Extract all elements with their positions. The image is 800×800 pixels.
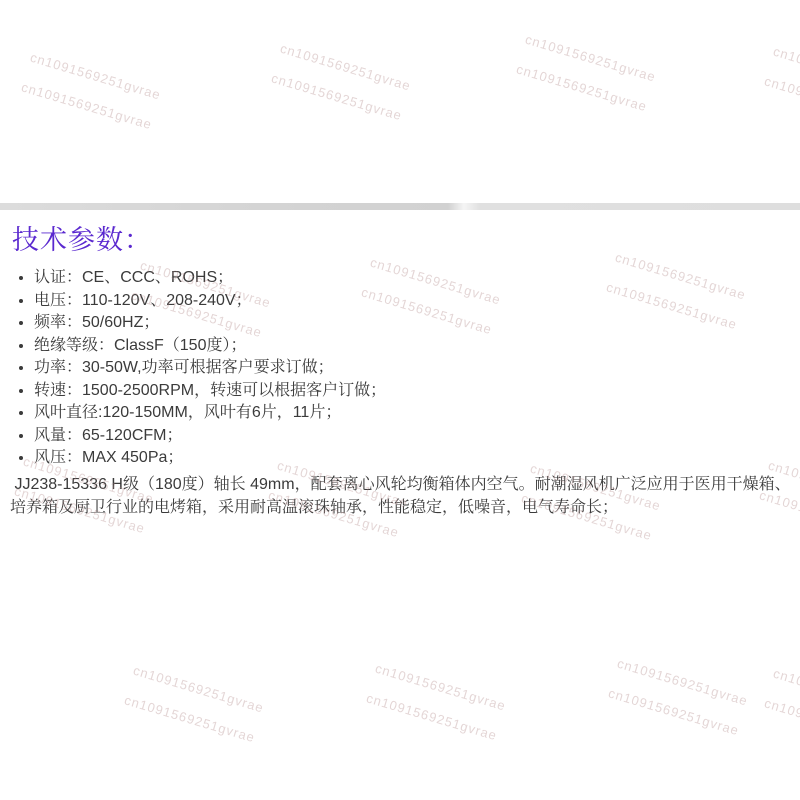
spec-item-power: 功率：30-50W,功率可根据客户要求订做； (10, 357, 790, 380)
watermark-text: cn1091569251gvrae cn1091569251gvrae (760, 658, 800, 756)
product-description: JJ238-15336 H级（180度）轴长 49mm，配套离心风轮均衡箱体内空… (10, 474, 795, 519)
spec-item-airflow: 风量：65-120CFM； (10, 425, 790, 448)
spec-item-pressure: 风压：MAX 450Pa； (10, 447, 790, 470)
spec-item-blade: 风叶直径:120-150MM，风叶有6片，11片； (10, 402, 790, 425)
watermark-text: cn1091569251gvrae cn1091569251gvrae (604, 648, 752, 746)
spec-list: 认证：CE、CCC、ROHS； 电压：110-120V、208-240V； 频率… (10, 267, 790, 470)
watermark-text: cn1091569251gvrae cn1091569251gvrae (17, 42, 165, 140)
spec-item-voltage: 电压：110-120V、208-240V； (10, 290, 790, 313)
watermark-text: cn1091569251gvrae cn1091569251gvrae (362, 653, 510, 751)
watermark-text: cn1091569251gvrae cn1091569251gvrae (760, 36, 800, 134)
spec-item-frequency: 频率：50/60HZ； (10, 312, 790, 335)
watermark-text: cn1091569251gvrae cn1091569251gvrae (120, 655, 268, 753)
spec-item-insulation: 绝缘等级：ClassF（150度）； (10, 335, 790, 358)
product-detail-page: 技术参数： 认证：CE、CCC、ROHS； 电压：110-120V、208-24… (0, 0, 800, 800)
spec-item-speed: 转速：1500-2500RPM，转速可以根据客户订做； (10, 380, 790, 403)
spec-item-certification: 认证：CE、CCC、ROHS； (10, 267, 790, 290)
divider-strip (0, 203, 800, 210)
section-title: 技术参数： (12, 222, 152, 258)
watermark-text: cn1091569251gvrae cn1091569251gvrae (267, 33, 415, 131)
watermark-text: cn1091569251gvrae cn1091569251gvrae (512, 24, 660, 122)
